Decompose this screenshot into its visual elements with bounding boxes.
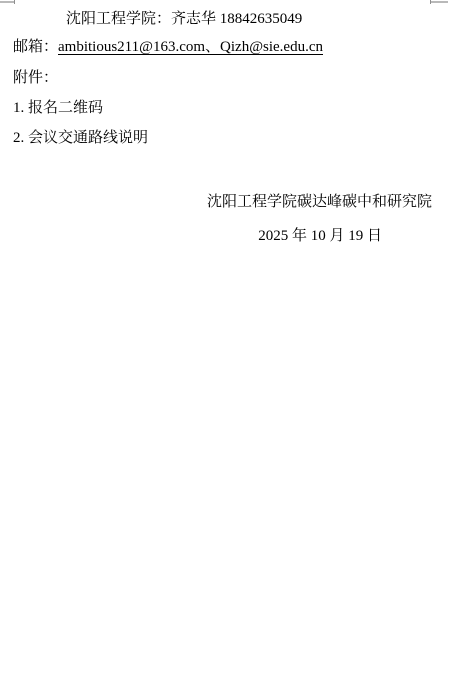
attachment-item-1: 1. 报名二维码 bbox=[13, 98, 103, 118]
email-link-1[interactable]: ambitious211@163.com bbox=[58, 39, 205, 55]
page-margin-mark-left bbox=[0, 1, 15, 3]
document-page: 沈阳工程学院：齐志华 18842635049 邮箱：ambitious211@1… bbox=[0, 0, 449, 696]
signature-date: 2025 年 10 月 19 日 bbox=[258, 226, 382, 246]
page-margin-tick-left bbox=[14, 0, 15, 4]
attachment-item-2: 2. 会议交通路线说明 bbox=[13, 128, 148, 148]
email-label: 邮箱： bbox=[13, 39, 58, 55]
email-link-2[interactable]: Qizh@sie.edu.cn bbox=[220, 39, 323, 55]
contact-line: 沈阳工程学院：齐志华 18842635049 bbox=[66, 9, 302, 29]
page-margin-mark-right bbox=[430, 1, 448, 3]
signature-org: 沈阳工程学院碳达峰碳中和研究院 bbox=[207, 192, 432, 212]
page-margin-tick-right bbox=[430, 0, 431, 4]
email-links-group: ambitious211@163.com、Qizh@sie.edu.cn bbox=[58, 39, 323, 55]
email-line: 邮箱：ambitious211@163.com、Qizh@sie.edu.cn bbox=[13, 37, 323, 57]
attachments-label: 附件： bbox=[13, 68, 58, 88]
email-separator: 、 bbox=[205, 39, 220, 55]
